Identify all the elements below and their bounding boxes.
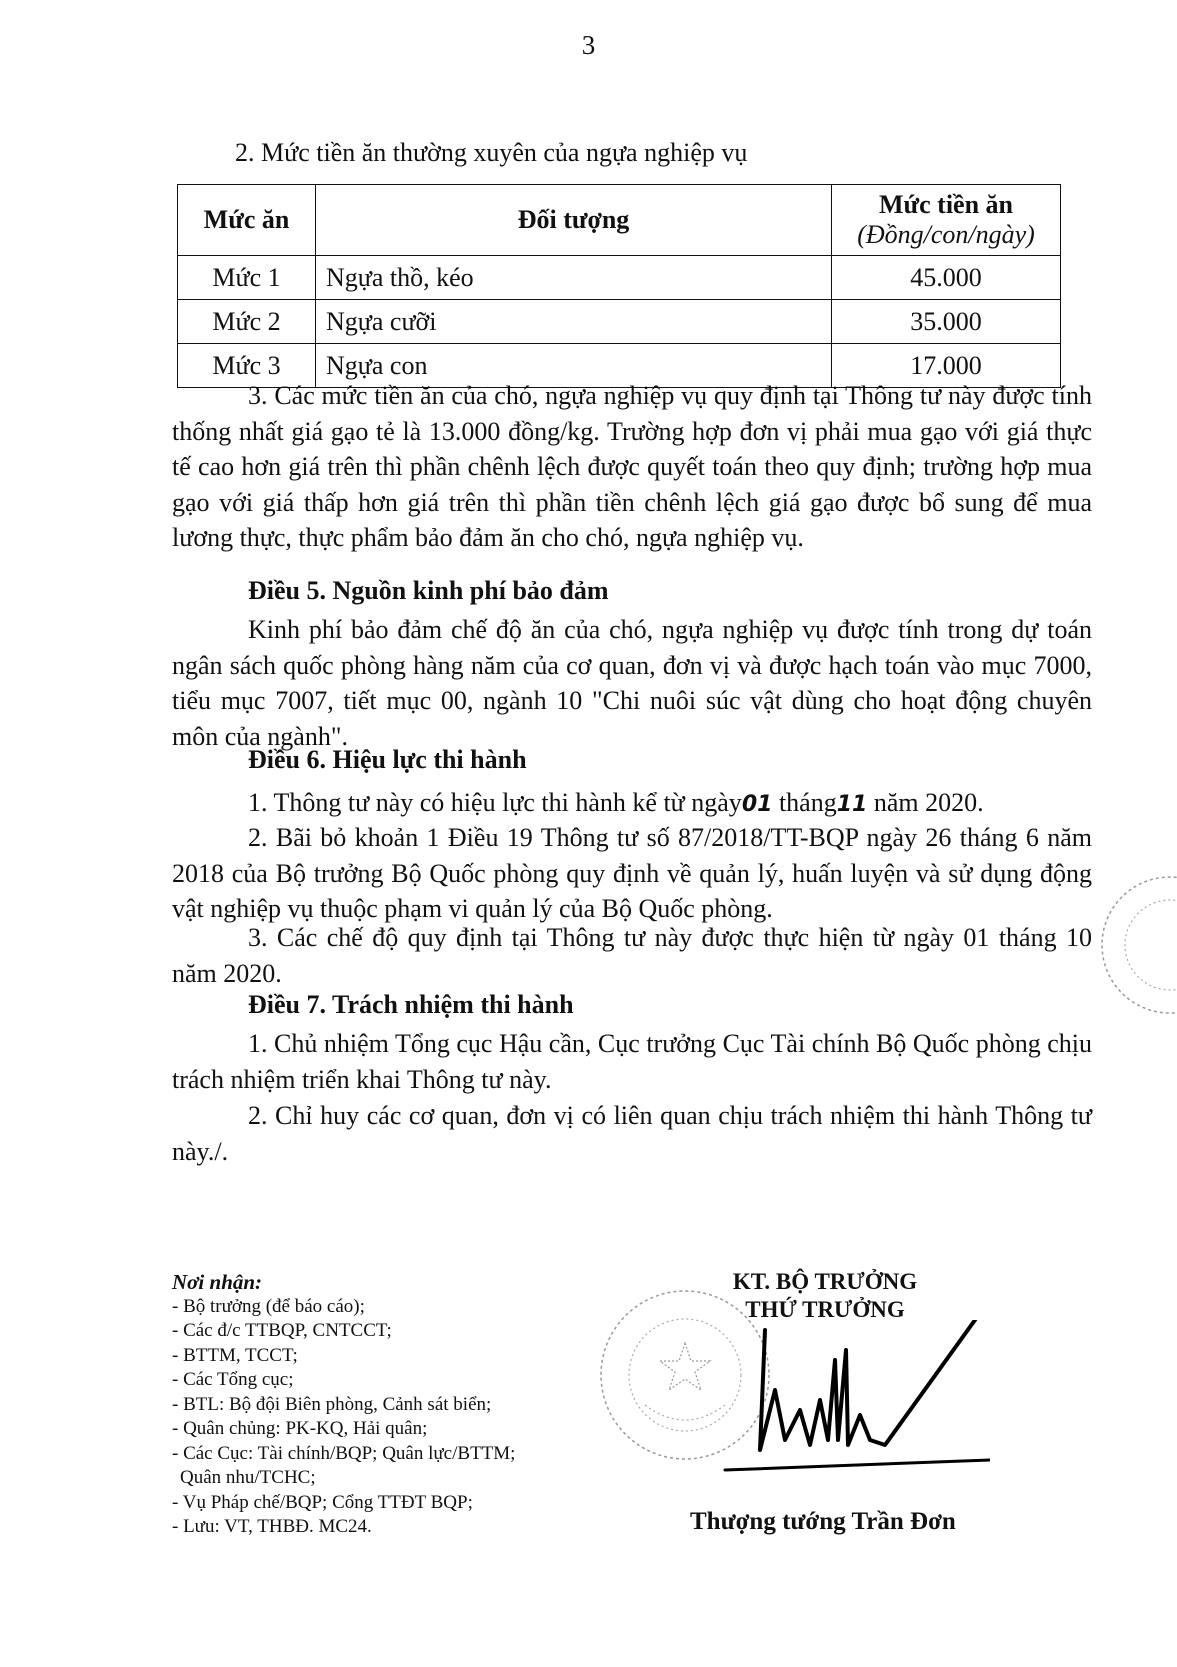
table-row: Mức 1 Ngựa thồ, kéo 45.000 [178,256,1061,300]
handwritten-day: 01 [742,792,773,817]
table-row: Mức 2 Ngựa cưỡi 35.000 [178,300,1061,344]
article-6-item-2: 2. Bãi bỏ khoản 1 Điều 19 Thông tư số 87… [172,820,1092,927]
article-7-item-1: 1. Chủ nhiệm Tổng cục Hậu cần, Cục trưởn… [172,1026,1092,1097]
recipient-item: Quân nhu/TCHC; [172,1466,515,1491]
cell-subject: Ngựa cưỡi [316,300,832,344]
recipients-title: Nơi nhận: [172,1270,515,1295]
header-subject: Đối tượng [316,185,832,256]
horse-feed-table: Mức ăn Đối tượng Mức tiền ăn (Đồng/con/n… [177,184,1061,388]
handwritten-signature-icon [720,1320,990,1490]
effective-date-suffix: năm 2020. [874,788,984,817]
signer-name: Thượng tướng Trần Đơn [690,1508,956,1536]
article-5-heading: Điều 5. Nguồn kinh phí bảo đảm [248,576,609,606]
recipient-item: - Quân chủng: PK-KQ, Hải quân; [172,1417,515,1442]
recipients-block: Nơi nhận: - Bộ trưởng (để báo cáo); - Cá… [172,1270,515,1540]
page-number: 3 [0,30,1177,61]
cell-subject: Ngựa thồ, kéo [316,256,832,300]
recipient-item: - Các Tổng cục; [172,1368,515,1393]
section-3-paragraph: 3. Các mức tiền ăn của chó, ngựa nghiệp … [172,378,1092,556]
month-label: tháng [779,788,837,817]
cell-amount: 35.000 [832,300,1061,344]
header-level: Mức ăn [178,185,316,256]
margin-seal-icon [1080,870,1177,1020]
article-7-heading: Điều 7. Trách nhiệm thi hành [248,990,574,1020]
signature-line-1: KT. BỘ TRƯỞNG [660,1268,990,1296]
recipient-item: - BTL: Bộ đội Biên phòng, Cảnh sát biển; [172,1393,515,1418]
cell-amount: 45.000 [832,256,1061,300]
cell-level: Mức 2 [178,300,316,344]
recipient-item: - Bộ trưởng (để báo cáo); [172,1295,515,1320]
signature-title: KT. BỘ TRƯỞNG THỨ TRƯỞNG [660,1268,990,1324]
recipient-item: - Các Cục: Tài chính/BQP; Quân lực/BTTM; [172,1442,515,1467]
article-5-body: Kinh phí bảo đảm chế độ ăn của chó, ngựa… [172,612,1092,754]
recipient-item: - Các đ/c TTBQP, CNTCCT; [172,1319,515,1344]
handwritten-month: 11 [837,792,868,817]
header-amount-unit: (Đồng/con/ngày) [842,220,1050,250]
article-6-item-1: 1. Thông tư này có hiệu lực thi hành kể … [248,790,984,816]
header-amount: Mức tiền ăn (Đồng/con/ngày) [832,185,1061,256]
article-6-heading: Điều 6. Hiệu lực thi hành [248,745,527,775]
section-2-title: 2. Mức tiền ăn thường xuyên của ngựa ngh… [235,140,747,166]
recipient-item: - BTTM, TCCT; [172,1344,515,1369]
cell-level: Mức 1 [178,256,316,300]
header-amount-label: Mức tiền ăn [879,190,1013,219]
table-header-row: Mức ăn Đối tượng Mức tiền ăn (Đồng/con/n… [178,185,1061,256]
article-6-item-3: 3. Các chế độ quy định tại Thông tư này … [172,920,1092,991]
effective-date-prefix: 1. Thông tư này có hiệu lực thi hành kể … [248,788,742,817]
recipient-item: - Vụ Pháp chế/BQP; Cổng TTĐT BQP; [172,1491,515,1516]
article-7-item-2: 2. Chỉ huy các cơ quan, đơn vị có liên q… [172,1098,1092,1169]
recipient-item: - Lưu: VT, THBĐ. MC24. [172,1515,515,1540]
